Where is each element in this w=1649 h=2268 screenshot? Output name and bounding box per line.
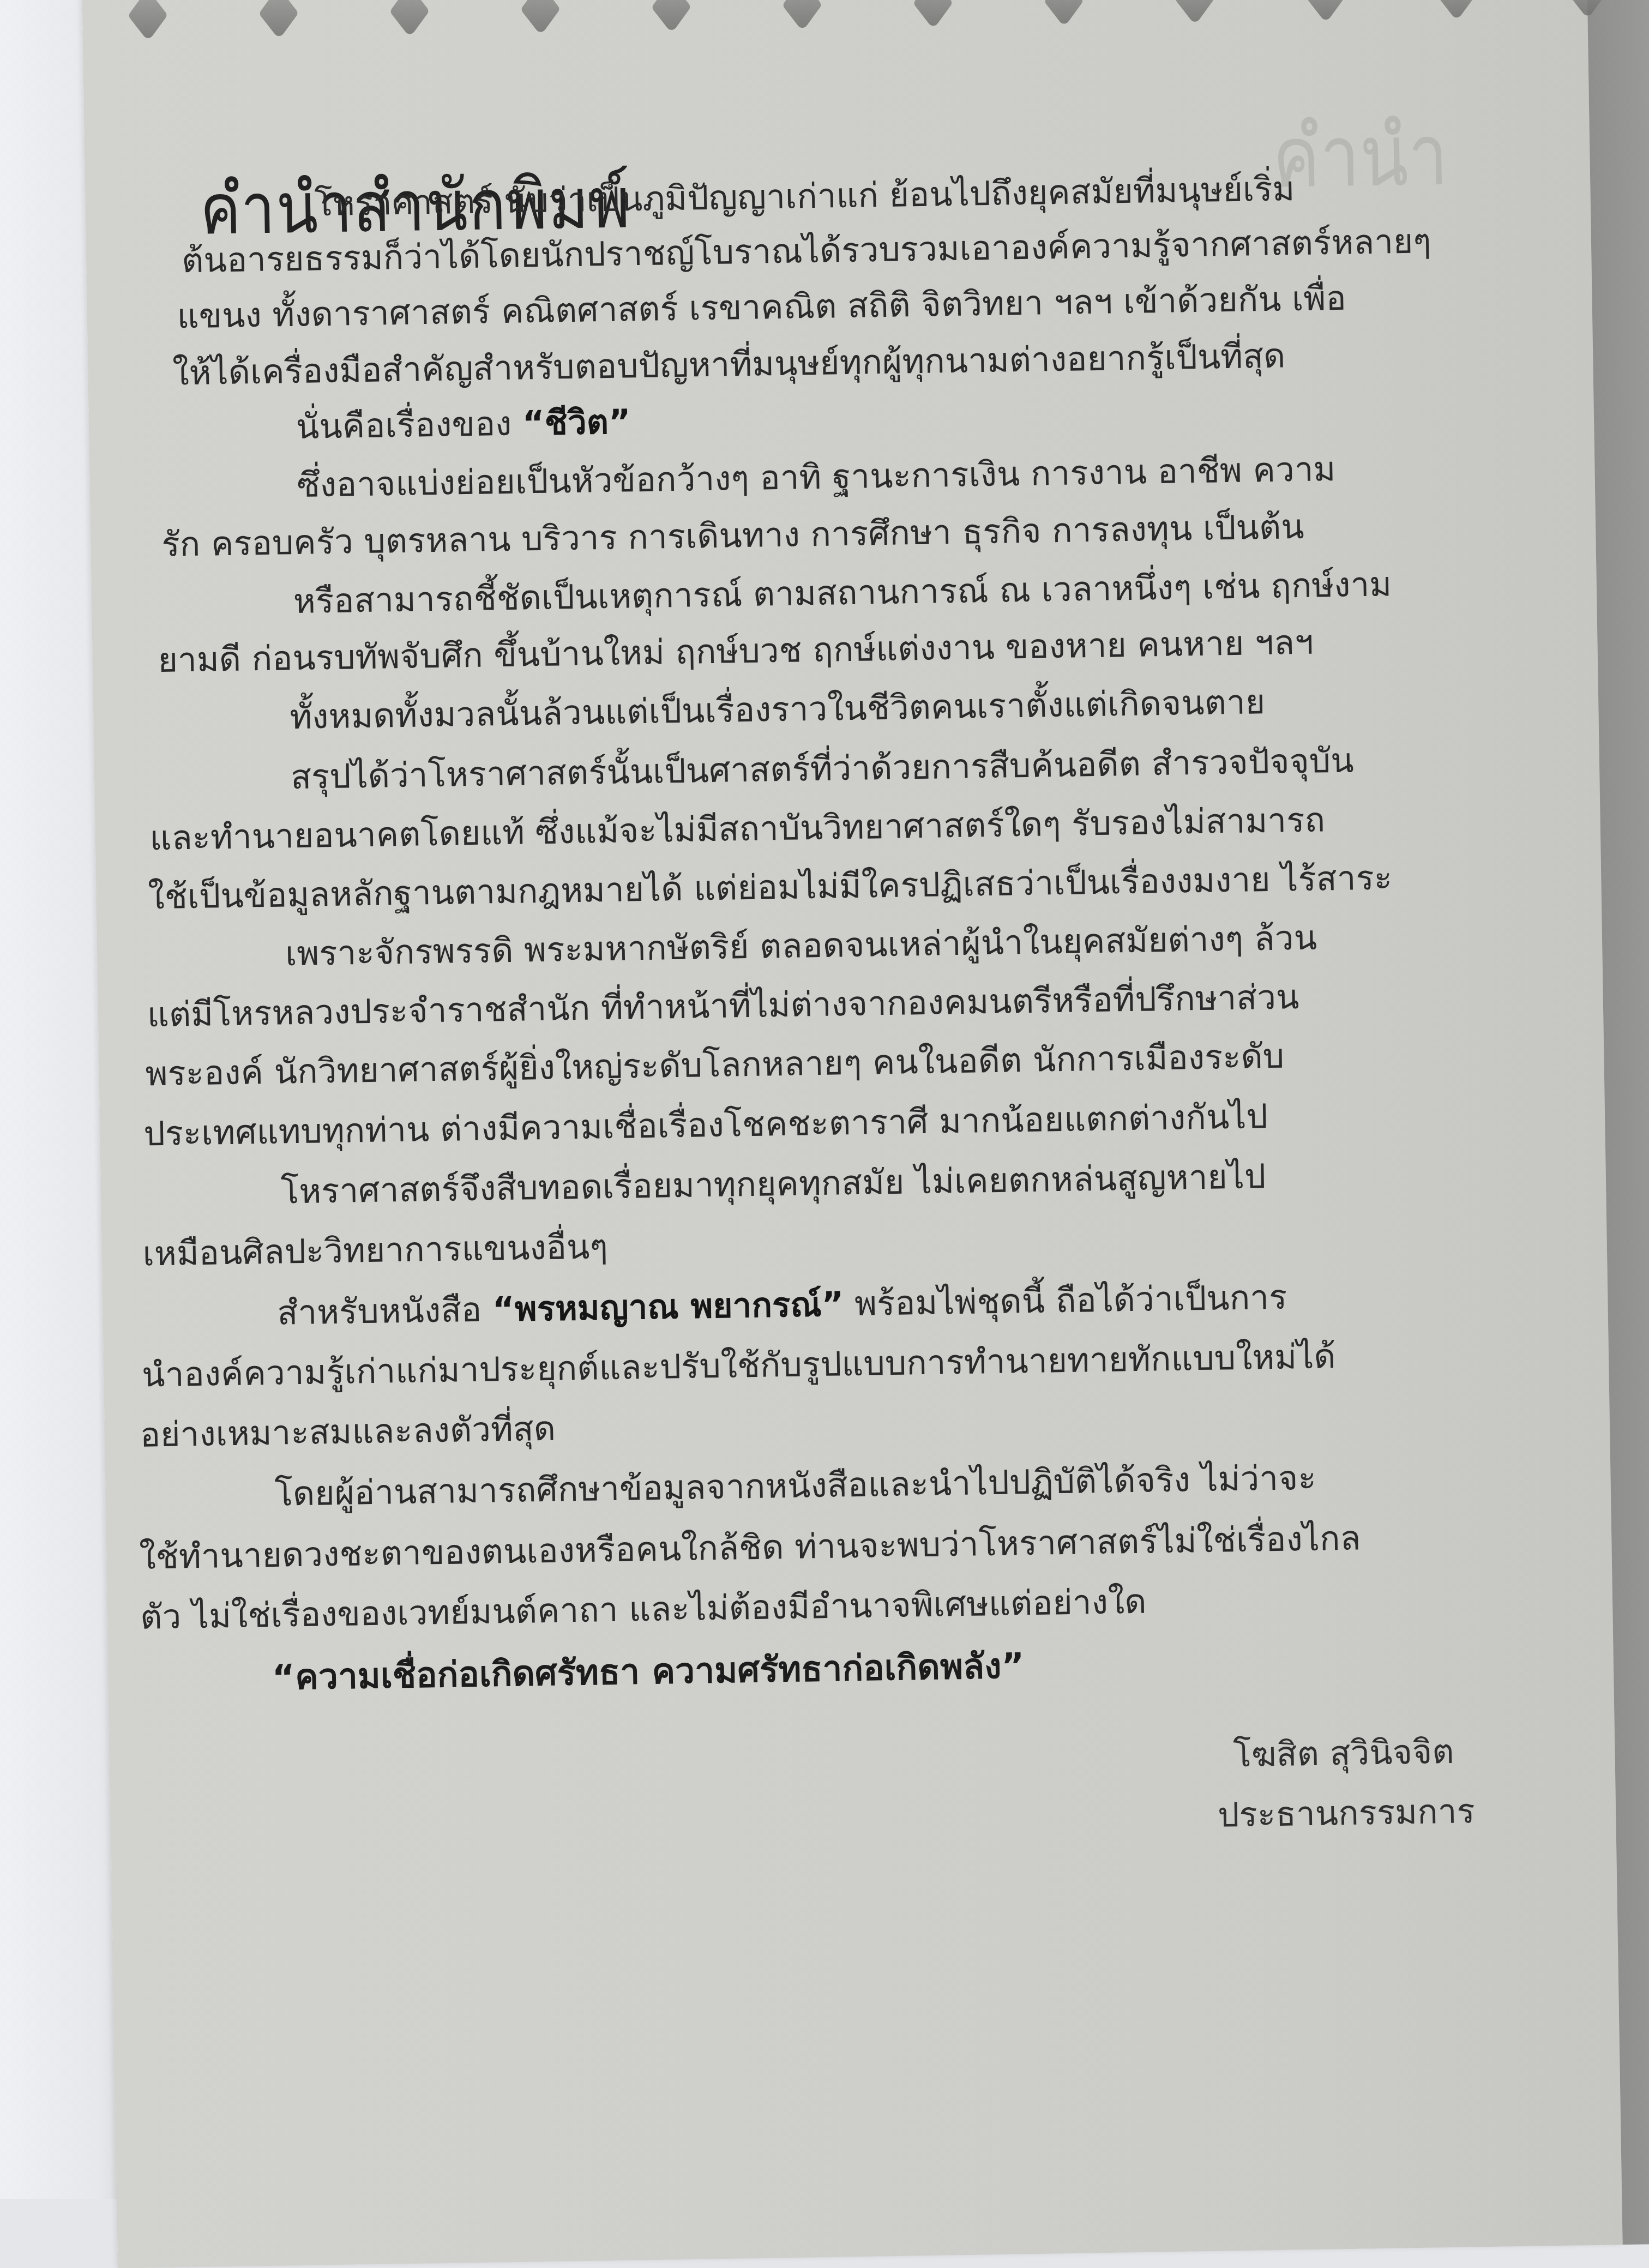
ornament-icon — [115, 0, 181, 59]
text-plain: นั่นคือเรื่องของ — [296, 403, 522, 447]
text-line: แต่มีโหรหลวงประจำราชสำนัก ที่ทำหน้าที่ไม… — [147, 980, 1299, 1032]
text-line: สรุปได้ว่าโหราศาสตร์นั้นเป็นศาสตร์ที่ว่า… — [291, 744, 1354, 795]
ornament-icon — [376, 0, 443, 55]
ornament-icon — [1554, 0, 1621, 37]
text-line: ซึ่งอาจแบ่งย่อยเป็นหัวข้อกว้างๆ อาทิ ฐาน… — [297, 452, 1336, 502]
text-line: รัก ครอบครัว บุตรหลาน บริวาร การเดินทาง … — [161, 510, 1304, 562]
ornament-icon — [900, 0, 966, 47]
ornament-icon — [507, 0, 574, 53]
text-emphasis: “ชีวิต” — [522, 401, 631, 443]
show-through-text: คำนำ — [1272, 87, 1449, 225]
ornament-icon — [1031, 0, 1097, 45]
ornament-icon — [1292, 0, 1359, 41]
text-plain: สำหรับหนังสือ — [277, 1289, 493, 1332]
text-line: หรือสามารถชี้ชัดเป็นเหตุการณ์ ตามสถานการ… — [293, 567, 1392, 618]
text-line: ประเทศแทบทุกท่าน ต่างมีความเชื่อเรื่องโช… — [143, 1099, 1268, 1151]
signature-position: ประธานกรรมการ — [1218, 1794, 1476, 1832]
text-line: และทำนายอนาคตโดยแท้ ซึ่งแม้จะไม่มีสถาบัน… — [149, 803, 1325, 855]
text-plain: พร้อมไพ่ชุดนี้ ถือได้ว่าเป็นการ — [844, 1277, 1287, 1324]
text-line: เหมือนศิลปะวิทยาการแขนงอื่นๆ — [142, 1230, 608, 1271]
page-edge-shadow — [1587, 0, 1649, 2199]
text-line: ทั้งหมดทั้งมวลนั้นล้วนแต่เป็นเรื่องราวใน… — [290, 685, 1266, 734]
text-line: นำองค์ความรู้เก่าแก่มาประยุกต์และปรับใช้… — [142, 1339, 1336, 1392]
text-line: นั่นคือเรื่องของ “ชีวิต” — [296, 405, 631, 444]
text-line: อย่างเหมาะสมและลงตัวที่สุด — [140, 1412, 556, 1452]
text-line: โหราศาสตร์จึงสืบทอดเรื่อยมาทุกยุคทุกสมัย… — [281, 1159, 1266, 1208]
ornament-icon — [1161, 0, 1228, 43]
text-line: แขนง ทั้งดาราศาสตร์ คณิตศาสตร์ เรขาคณิต … — [177, 281, 1346, 334]
motto-quote: “ความเชื่อก่อเกิดศรัทธา ความศรัทธาก่อเกิ… — [272, 1649, 1025, 1695]
ornament-icon — [769, 0, 835, 49]
text-line: ใช้ทำนายดวงชะตาของตนเองหรือคนใกล้ชิด ท่า… — [139, 1521, 1361, 1574]
text-line: ยามดี ก่อนรบทัพจับศึก ขึ้นบ้านใหม่ ฤกษ์บ… — [158, 625, 1314, 677]
ornament-icon — [1423, 0, 1490, 39]
decorative-border-top — [115, 0, 1621, 59]
text-line: สำหรับหนังสือ “พรหมญาณ พยากรณ์” พร้อมไพ่… — [277, 1280, 1287, 1330]
book-page: คำนำ คำนำสำนักพิมพ์ โหราศาสตร์ นับว่าเป็… — [82, 0, 1623, 2199]
ornament-icon — [638, 0, 705, 51]
photo-background: คำนำ คำนำสำนักพิมพ์ โหราศาสตร์ นับว่าเป็… — [0, 0, 1649, 2199]
text-line: ใช้เป็นข้อมูลหลักฐานตามกฎหมายได้ แต่ย่อม… — [148, 861, 1392, 914]
text-line: ให้ได้เครื่องมือสำคัญสำหรับตอบปัญหาที่มน… — [172, 339, 1286, 390]
text-line: โดยผู้อ่านสามารถศึกษาข้อมูลจากหนังสือและ… — [274, 1461, 1316, 1511]
text-line: พระองค์ นักวิทยาศาสตร์ผู้ยิ่งใหญ่ระดับโล… — [145, 1039, 1285, 1091]
book-title-emphasis: “พรหมญาณ พยากรณ์” — [492, 1284, 844, 1329]
text-line: เพราะจักรพรรดิ พระมหากษัตริย์ ตลอดจนเหล่… — [285, 921, 1317, 971]
ornament-icon — [245, 0, 312, 57]
signature-name: โฆสิต สุวินิจจิต — [1233, 1735, 1454, 1772]
text-line: ตัว ไม่ใช่เรื่องของเวทย์มนต์คาถา และไม่ต… — [140, 1585, 1147, 1634]
